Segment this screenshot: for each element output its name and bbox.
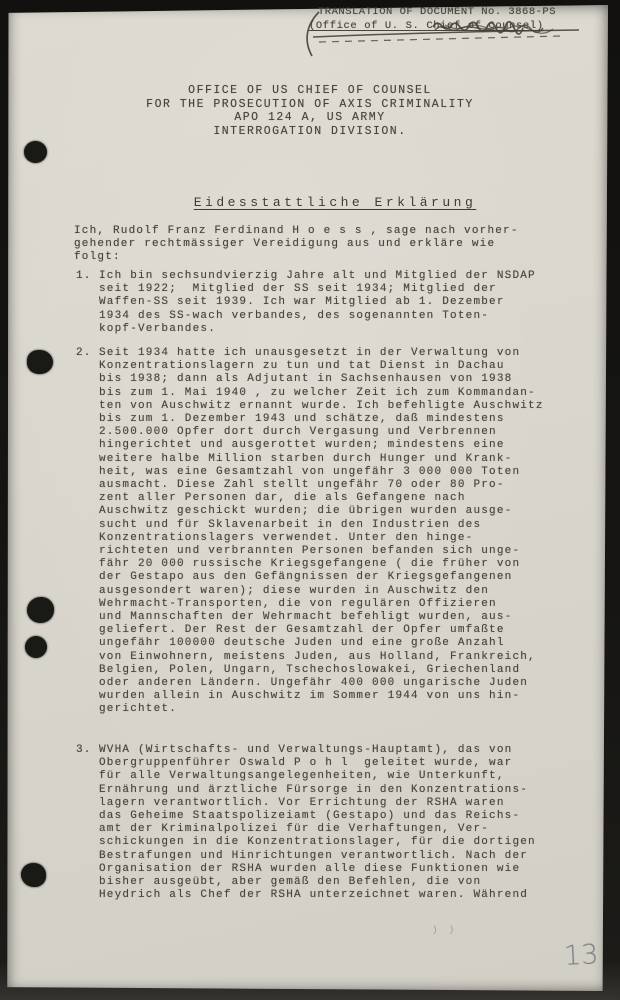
numbered-paragraph-3: 3. WVHA (Wirtschafts- und Verwaltungs-Ha… <box>76 744 536 902</box>
paragraph-number: 1. <box>76 270 99 283</box>
paragraph-text: Seit 1934 hatte ich unausgesetzt in der … <box>99 347 544 717</box>
affidavit-title: Eidesstattliche Erklärung <box>130 195 540 210</box>
paragraph-text: WVHA (Wirtschafts- und Verwaltungs-Haupt… <box>99 744 536 902</box>
numbered-paragraph-2: 2. Seit 1934 hatte ich unausgesetzt in d… <box>76 347 544 717</box>
stray-pencil-marks: ) ) <box>432 925 457 935</box>
handwritten-page-number: 13 <box>563 939 599 972</box>
paragraph-number: 2. <box>76 347 99 360</box>
scanned-document-page: { "document": { "stamp": { "line1": "TRA… <box>0 0 620 1000</box>
punch-hole <box>27 350 53 374</box>
scribble-annotation <box>295 0 595 62</box>
paragraph-number: 3. <box>76 744 99 757</box>
letterhead: OFFICE OF US CHIEF OF COUNSEL FOR THE PR… <box>0 84 620 138</box>
punch-hole <box>24 141 47 163</box>
numbered-paragraph-1: 1. Ich bin sechsundvierzig Jahre alt und… <box>76 270 536 336</box>
punch-hole <box>25 636 47 658</box>
intro-paragraph: Ich, Rudolf Franz Ferdinand H o e s s , … <box>74 225 519 265</box>
punch-hole <box>27 597 54 623</box>
punch-hole <box>21 863 46 887</box>
paragraph-text: Ich bin sechsundvierzig Jahre alt und Mi… <box>99 270 536 336</box>
